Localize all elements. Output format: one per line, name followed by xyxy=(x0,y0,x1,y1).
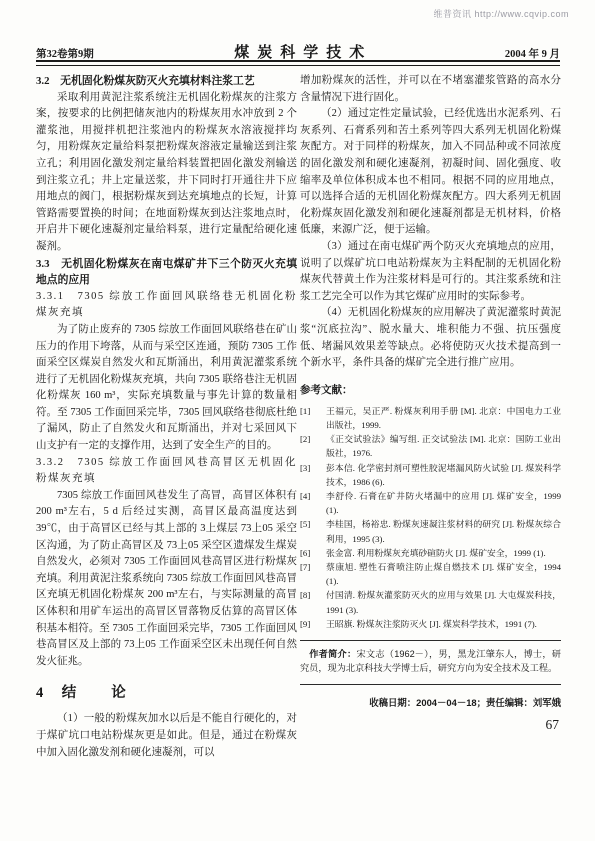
conclusion-paragraph-3: （3）通过在南屯煤矿两个防灭火充填地点的应用，说明了以煤矿坑口电站粉煤灰为主料配… xyxy=(300,239,561,305)
conclusion-paragraph-2: （2）通过定性定量试验，已经优选出水泥系列、石灰系列、石膏系列和苦土系列等四大系… xyxy=(300,106,561,239)
reference-text: 王昭旗. 粉煤灰注浆防灭火 [J]. 煤炭科学技术，1991 (7). xyxy=(326,617,561,631)
issue-date: 2004 年 9 月 xyxy=(505,46,560,61)
reference-number: [2] xyxy=(300,432,326,460)
reference-number: [8] xyxy=(300,588,326,616)
received-date-editor: 收稿日期：2004－04－18；责任编辑：刘军娥 xyxy=(300,695,561,709)
reference-number: [1] xyxy=(300,404,326,432)
reference-number: [6] xyxy=(300,546,326,560)
bio-top-rule xyxy=(300,640,561,641)
volume-issue: 第32卷第9期 xyxy=(36,46,94,61)
reference-item: [3] 彭本信. 化学密封剂可塑性胶泥堵漏风防火试验 [J]. 煤炭科学技术，1… xyxy=(300,461,561,489)
section-heading-3-2: 3.2 无机固化粉煤灰防灭火充填材料注浆工艺 xyxy=(36,73,297,90)
reference-text: 蔡康旭. 塑性石膏喷注防止煤自燃技术 [J]. 煤矿安全，1994 (1). xyxy=(326,560,561,588)
reference-item: [5] 李桂国，杨裕忠. 粉煤灰速凝注浆材料的研究 [J]. 粉煤灰综合利用，1… xyxy=(300,517,561,545)
author-bio-label: 作者简介： xyxy=(309,649,356,659)
section-heading-3-3-2: 3.3.2 7305 综放工作面回风巷高冒区无机固化粉煤灰充填 xyxy=(36,455,297,488)
journal-title: 煤炭科学技术 xyxy=(226,41,372,62)
conclusion-paragraph-1-continued: 增加粉煤灰的活性，并可以在不堵塞灌浆管路的高水分含量情况下进行固化。 xyxy=(300,73,561,106)
paragraph-3-2: 采取利用黄泥注浆系统注无机固化粉煤灰的注浆方案，按要求的比例把储灰池内的粉煤灰用… xyxy=(36,90,297,256)
page-header: 第32卷第9期 煤炭科学技术 2004 年 9 月 xyxy=(36,41,560,62)
left-column: 3.2 无机固化粉煤灰防灭火充填材料注浆工艺 采取利用黄泥注浆系统注无机固化粉煤… xyxy=(36,73,297,761)
reference-text: 王福元，吴正严. 粉煤灰利用手册 [M]. 北京：中国电力工业出版社，1999. xyxy=(326,404,561,432)
reference-number: [4] xyxy=(300,489,326,517)
section-heading-3-3: 3.3 无机固化粉煤灰在南屯煤矿井下三个防灭火充填地点的应用 xyxy=(36,256,297,289)
reference-item: [8] 付国清. 粉煤灰灌浆防灭火的应用与效果 [J]. 大屯煤炭科技，1991… xyxy=(300,588,561,616)
paragraph-3-3-1: 为了防止废弃的 7305 综放工作面回风联络巷在矿山压力的作用下垮落，从而与采空… xyxy=(36,322,297,455)
paragraph-3-3-2: 7305 综放工作面回风巷发生了高冒，高冒区体积有 200 m³左右，5 d 后… xyxy=(36,488,297,671)
reference-text: 《正交试验法》编写组. 正交试验法 [M]. 北京：国防工业出版社，1976. xyxy=(326,432,561,460)
reference-text: 李桂国，杨裕忠. 粉煤灰速凝注浆材料的研究 [J]. 粉煤灰综合利用，1995 … xyxy=(326,517,561,545)
conclusion-paragraph-1: （1）一般的粉煤灰加水以后是不能自行硬化的，对于煤矿坑口电站粉煤灰更是如此。但是… xyxy=(36,711,297,761)
reference-item: [7] 蔡康旭. 塑性石膏喷注防止煤自燃技术 [J]. 煤矿安全，1994 (1… xyxy=(300,560,561,588)
reference-number: [9] xyxy=(300,617,326,631)
reference-item: [6] 张金富. 利用粉煤灰充填砂碹防火 [J]. 煤矿安全，1999 (1). xyxy=(300,546,561,560)
journal-page: 维普资讯 http://www.cqvip.com 第32卷第9期 煤炭科学技术… xyxy=(0,0,595,841)
reference-item: [1] 王福元，吴正严. 粉煤灰利用手册 [M]. 北京：中国电力工业出版社，1… xyxy=(300,404,561,432)
reference-text: 付国清. 粉煤灰灌浆防灭火的应用与效果 [J]. 大屯煤炭科技，1991 (3)… xyxy=(326,588,561,616)
right-column: 增加粉煤灰的活性，并可以在不堵塞灌浆管路的高水分含量情况下进行固化。 （2）通过… xyxy=(300,73,561,733)
references-title: 参考文献： xyxy=(300,382,561,397)
reference-item: [9] 王昭旗. 粉煤灰注浆防灭火 [J]. 煤炭科学技术，1991 (7). xyxy=(300,617,561,631)
bio-bottom-rule xyxy=(300,684,561,685)
reference-item: [2] 《正交试验法》编写组. 正交试验法 [M]. 北京：国防工业出版社，19… xyxy=(300,432,561,460)
reference-number: [5] xyxy=(300,517,326,545)
reference-number: [3] xyxy=(300,461,326,489)
cqvip-watermark: 维普资讯 http://www.cqvip.com xyxy=(433,7,569,20)
page-number: 67 xyxy=(300,717,559,733)
reference-number: [7] xyxy=(300,560,326,588)
header-rule xyxy=(36,60,560,66)
section-heading-4-conclusions: 4 结 论 xyxy=(36,681,297,702)
reference-item: [4] 李舒伶. 石膏在矿井防火堵漏中的应用 [J]. 煤矿安全，1999 (1… xyxy=(300,489,561,517)
reference-text: 张金富. 利用粉煤灰充填砂碹防火 [J]. 煤矿安全，1999 (1). xyxy=(326,546,561,560)
conclusion-paragraph-4: （4）无机固化粉煤灰的应用解决了黄泥灌浆时黄泥浆“沉底拉沟”、脱水量大、堆积能力… xyxy=(300,305,561,371)
section-heading-3-3-1: 3.3.1 7305 综放工作面回风联络巷无机固化粉煤灰充填 xyxy=(36,289,297,322)
reference-text: 李舒伶. 石膏在矿井防火堵漏中的应用 [J]. 煤矿安全，1999 (1). xyxy=(326,489,561,517)
author-bio: 作者简介：宋文志（1962－），男，黑龙江肇东人，博士，研究员，现为北京科技大学… xyxy=(300,647,561,675)
reference-text: 彭本信. 化学密封剂可塑性胶泥堵漏风防火试验 [J]. 煤炭科学技术，1986 … xyxy=(326,461,561,489)
